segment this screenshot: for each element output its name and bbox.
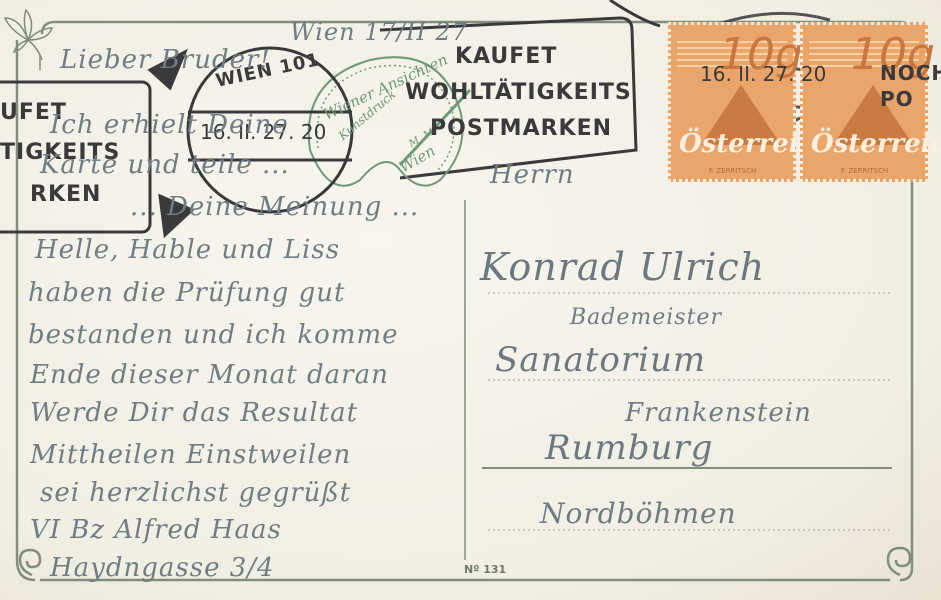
stamp-cancel-partial: NOCH PO — [880, 60, 920, 112]
message-line: Ende dieser Monat daran — [30, 360, 389, 390]
stamp-engraver: F. ZERRITSCH — [709, 167, 756, 175]
slogan-cancel-line2: WOHLTÄTIGKEITS — [405, 80, 632, 105]
postage-stamp-1: 10g Österreich F. ZERRITSCH — [668, 22, 796, 182]
address-name: Konrad Ulrich — [480, 245, 765, 289]
message-date: Wien 17/II 27 — [290, 18, 468, 46]
message-line: Lieber Bruder! — [60, 45, 271, 75]
stamp-engraver: F. ZERRITSCH — [841, 167, 888, 175]
message-line: sei herzlichst gegrüßt — [40, 478, 351, 508]
address-line1: Sanatorium — [495, 340, 706, 380]
slogan-cancel-line1: KAUFET — [455, 44, 557, 69]
message-line: Helle, Hable und Liss — [35, 235, 340, 265]
message-line: Haydngasse 3/4 — [50, 553, 275, 583]
message-line: Mittheilen Einstweilen — [30, 440, 351, 470]
message-line: VI Bz Alfred Haas — [30, 515, 282, 545]
message-line: ... Deine Meinung ... — [130, 192, 419, 222]
slogan-cancel-line3: POSTMARKEN — [430, 116, 612, 141]
stamp-country: Österreich — [811, 129, 941, 159]
message-line: haben die Prüfung gut — [28, 278, 345, 308]
card-serial-number: Nº 131 — [464, 563, 506, 576]
address-salutation: Herrn — [490, 160, 575, 190]
address-region: Nordböhmen — [540, 497, 737, 530]
message-line: bestanden und ich komme — [28, 320, 399, 350]
message-line: Werde Dir das Resultat — [30, 398, 358, 428]
postcard-back: UFET TIGKEITS RKEN WIEN 101 16. II. 27. … — [0, 0, 941, 600]
message-line: Ich erhielt Deine — [50, 110, 289, 140]
address-title: Bademeister — [570, 305, 722, 330]
slogan-cancel-left-line3: RKEN — [30, 182, 101, 207]
address-line2: Frankenstein — [625, 398, 812, 428]
message-line: Karte und teile ... — [40, 150, 290, 180]
stamp-cancel-date: 16. II. 27. 20 — [700, 62, 826, 86]
address-city: Rumburg — [545, 428, 713, 468]
